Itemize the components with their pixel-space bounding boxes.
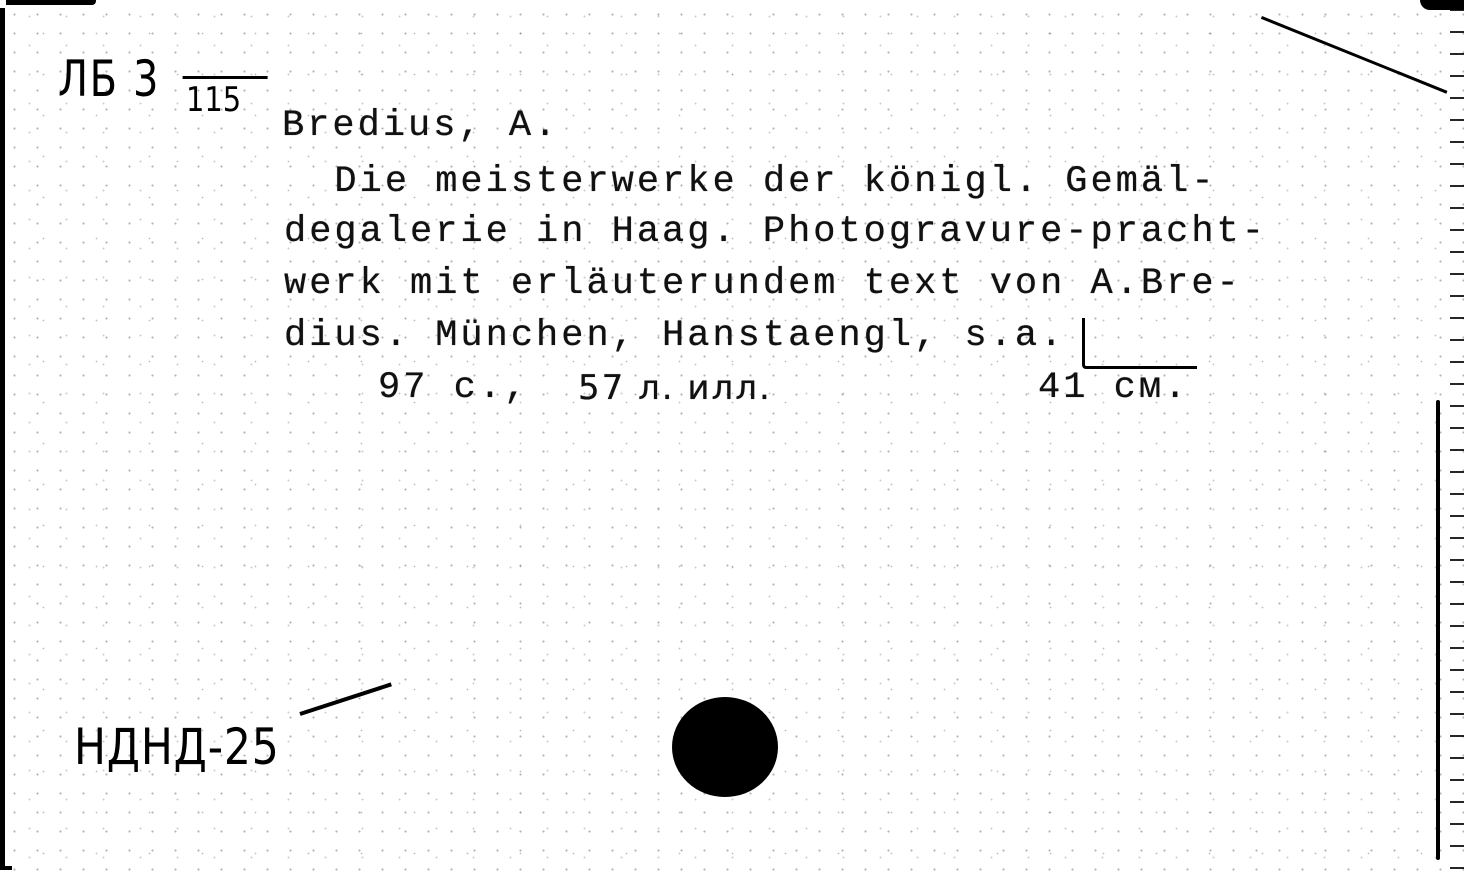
card-edge-left	[0, 8, 5, 866]
card-edge-top	[6, 0, 96, 5]
title-line-4: dius. München, Hanstaengl, s.a.	[284, 314, 1065, 358]
title-line-2: degalerie in Haag. Photogravure-pracht-	[284, 210, 1267, 254]
collation-pages: 97 с.,	[378, 366, 529, 410]
collation-size: 41 см.	[1038, 366, 1189, 410]
punch-hole	[672, 697, 778, 797]
card-edge-bottom	[0, 866, 12, 870]
author-heading: Bredius, A.	[282, 104, 559, 148]
scan-crease	[1261, 16, 1448, 94]
shelfmark: ЛБ 3 115	[58, 50, 186, 108]
title-line-1: Die meisterwerke der königl. Gemäl-	[284, 160, 1217, 204]
card-fold-line	[1436, 400, 1440, 860]
shelfmark-main: ЛБ 3	[58, 50, 160, 108]
card-edge-right-ruler	[1450, 0, 1464, 872]
accession-number: НДНД-25	[74, 718, 280, 776]
collation-plates: 57 л. илл.	[578, 366, 772, 410]
title-line-3: werk mit erläuterundem text von A.Bre-	[284, 262, 1242, 306]
shelfmark-sub: 115	[186, 80, 241, 120]
catalog-card: ЛБ 3 115 Bredius, A. Die meisterwerke de…	[0, 0, 1464, 872]
sa-bracket-annotation	[1082, 318, 1197, 369]
accession-flourish	[299, 682, 392, 715]
